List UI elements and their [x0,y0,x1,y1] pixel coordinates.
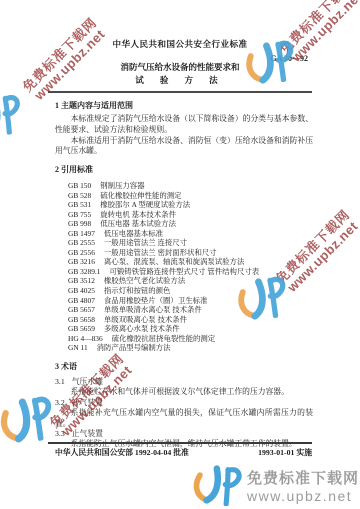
up-logo-icon [0,89,25,141]
reference-title: 一般用途管法兰 连接尺寸 [104,238,187,247]
brand-lockup: 免费标准下载网 www.upbz.net [186,463,359,509]
term-definition: 系指能补充气压水罐内空气量的损失，保证气压水罐内所需压力的装置。 [55,408,313,429]
reference-code: GB 5659 [68,324,104,334]
reference-item: GB 755旋转电机 基本技术条件 [68,210,314,220]
document-page: 中华人民共和国公共安全行业标准 GA 30—92 消防气压给水设备的性能要求和 … [0,0,360,509]
reference-code: GB 5658 [68,315,104,325]
reference-item: GB 2555一般用途管法兰 连接尺寸 [68,238,314,248]
term-number: 3.3 [55,429,72,439]
reference-code: GN 11 [68,343,97,353]
reference-item: HG 4—836硫化橡胶抗屈挠龟裂性能的测定 [68,334,314,344]
brand-site-url: www.upbz.net [247,488,359,504]
reference-title: 单级双吸离心泵 技术条件 [104,315,187,324]
reference-code: GB 150 [68,181,100,191]
term-head: 3.1气压水罐 [55,377,313,387]
term-head: 3.3止气装置 [55,429,313,439]
reference-item: GB 3289.1可锻铸铁管路连接件型式尺寸 管件结构尺寸表 [68,267,314,277]
reference-item: GB 150钢制压力容器 [68,181,314,191]
reference-title: 一般用途管法兰 密封面形状和尺寸 [104,248,217,257]
footer: 中华人民共和国公安部 1992-04-04 批准 1993-01-01 实施 [55,447,312,458]
reference-title: 可锻铸铁管路连接件型式尺寸 管件结构尺寸表 [109,267,259,276]
reference-item: GB 3216离心泵、混流泵、轴流泵和旋涡泵试验方法 [68,257,314,267]
reference-item: GB 5657单级单吸清水离心泵 技术条件 [68,305,314,315]
section1-body: 本标准规定了消防气压给水设备（以下简称设备）的分类与基本参数、性能要求、试验方法… [55,114,313,157]
term-name: 补气装置 [72,398,103,407]
reference-code: GB 4807 [68,296,104,306]
section3-heading: 3 术语 [55,361,77,372]
reference-title: 食品用橡胶垫片（圈）卫生标准 [104,296,207,305]
brand-site-name: 免费标准下载网 [247,471,359,488]
header-divider [48,91,312,93]
reference-title: 橡胶邵尔 A 型硬度试验方法 [100,200,190,209]
reference-title: 橡胶热空气老化试验方法 [104,276,185,285]
reference-code: GB 531 [68,200,100,210]
term-item: 3.2补气装置 系指能补充气压水罐内空气量的损失，保证气压水罐内所需压力的装置。 [55,398,313,429]
approval-text: 中华人民共和国公安部 1992-04-04 批准 [55,447,189,458]
section1-heading: 1 主题内容与适用范围 [55,100,133,111]
term-number: 3.1 [55,377,72,387]
reference-code: GB 3512 [68,276,104,286]
reference-code: GB 755 [68,210,100,220]
reference-code: GB 998 [68,219,100,229]
reference-title: 多级离心水泵 技术条件 [104,324,180,333]
watermark-top-left: 免费标准下载网 www.upbz.net [13,8,118,113]
standard-label: 中华人民共和国公共安全行业标准 [0,38,360,50]
document-title-line1: 消防气压给水设备的性能要求和 [0,61,360,73]
reference-item: GB 4807食品用橡胶垫片（圈）卫生标准 [68,296,314,306]
term-name: 气压水罐 [72,377,103,386]
reference-title: 指示灯和按钮的颜色 [104,286,171,295]
reference-code: GB 1497 [68,229,104,239]
reference-code: GB 5657 [68,305,104,315]
reference-item: GB 998低压电器 基本试验方法 [68,219,314,229]
reference-item: GB 5658单级双吸离心泵 技术条件 [68,315,314,325]
reference-item: GB 3512橡胶热空气老化试验方法 [68,276,314,286]
reference-code: GB 4025 [68,286,104,296]
reference-title: 硫化橡胶抗屈挠龟裂性能的测定 [112,334,215,343]
reference-code: GB 528 [68,191,100,201]
reference-list: GB 150钢制压力容器 GB 528硫化橡胶拉伸性能的测定 GB 531橡胶邵… [68,181,314,353]
section1-paragraph2: 本标准适用于消防气压给水设备、消防恒（变）压给水设备和消防补压用气压水罐。 [55,136,313,158]
reference-title: 旋转电机 基本技术条件 [100,210,176,219]
terms-list: 3.1气压水罐 系指能贮存水和气体并可根据波义尔气体定律工作的压力容器。 3.2… [55,377,313,450]
term-item: 3.1气压水罐 系指能贮存水和气体并可根据波义尔气体定律工作的压力容器。 [55,377,313,398]
reference-item: GB 528硫化橡胶拉伸性能的测定 [68,191,314,201]
footer-divider [48,442,312,444]
reference-item: GN 11消防产品型号编制方法 [68,343,314,353]
reference-title: 低压电器基本标准 [104,229,163,238]
term-head: 3.2补气装置 [55,398,313,408]
reference-code: GB 3289.1 [68,267,109,277]
reference-code: GB 3216 [68,257,104,267]
reference-title: 低压电器 基本试验方法 [100,219,176,228]
section2-heading: 2 引用标准 [55,164,93,175]
reference-item: GB 2556一般用途管法兰 密封面形状和尺寸 [68,248,314,258]
up-logo-icon [186,463,242,509]
term-name: 止气装置 [72,429,103,438]
implementation-text: 1993-01-01 实施 [258,447,312,458]
reference-code: GB 2556 [68,248,104,258]
document-title-line2: 试 验 方 法 [0,74,360,86]
up-logo-icon [0,390,58,450]
term-definition: 系指能贮存水和气体并可根据波义尔气体定律工作的压力容器。 [55,387,313,397]
reference-code: GB 2555 [68,238,104,248]
watermark-site-name: 免费标准下载网 [13,8,108,103]
term-number: 3.2 [55,398,72,408]
reference-title: 单级单吸清水离心泵 技术条件 [104,305,202,314]
reference-title: 离心泵、混流泵、轴流泵和旋涡泵试验方法 [104,257,244,266]
reference-title: 钢制压力容器 [100,181,144,190]
reference-title: 硫化橡胶拉伸性能的测定 [100,191,181,200]
reference-code: HG 4—836 [68,334,112,344]
reference-title: 消防产品型号编制方法 [97,343,171,352]
reference-item: GB 531橡胶邵尔 A 型硬度试验方法 [68,200,314,210]
section1-paragraph1: 本标准规定了消防气压给水设备（以下简称设备）的分类与基本参数、性能要求、试验方法… [55,114,313,136]
reference-item: GB 1497低压电器基本标准 [68,229,314,239]
reference-item: GB 4025指示灯和按钮的颜色 [68,286,314,296]
brand-text: 免费标准下载网 www.upbz.net [247,471,359,504]
reference-item: GB 5659多级离心水泵 技术条件 [68,324,314,334]
